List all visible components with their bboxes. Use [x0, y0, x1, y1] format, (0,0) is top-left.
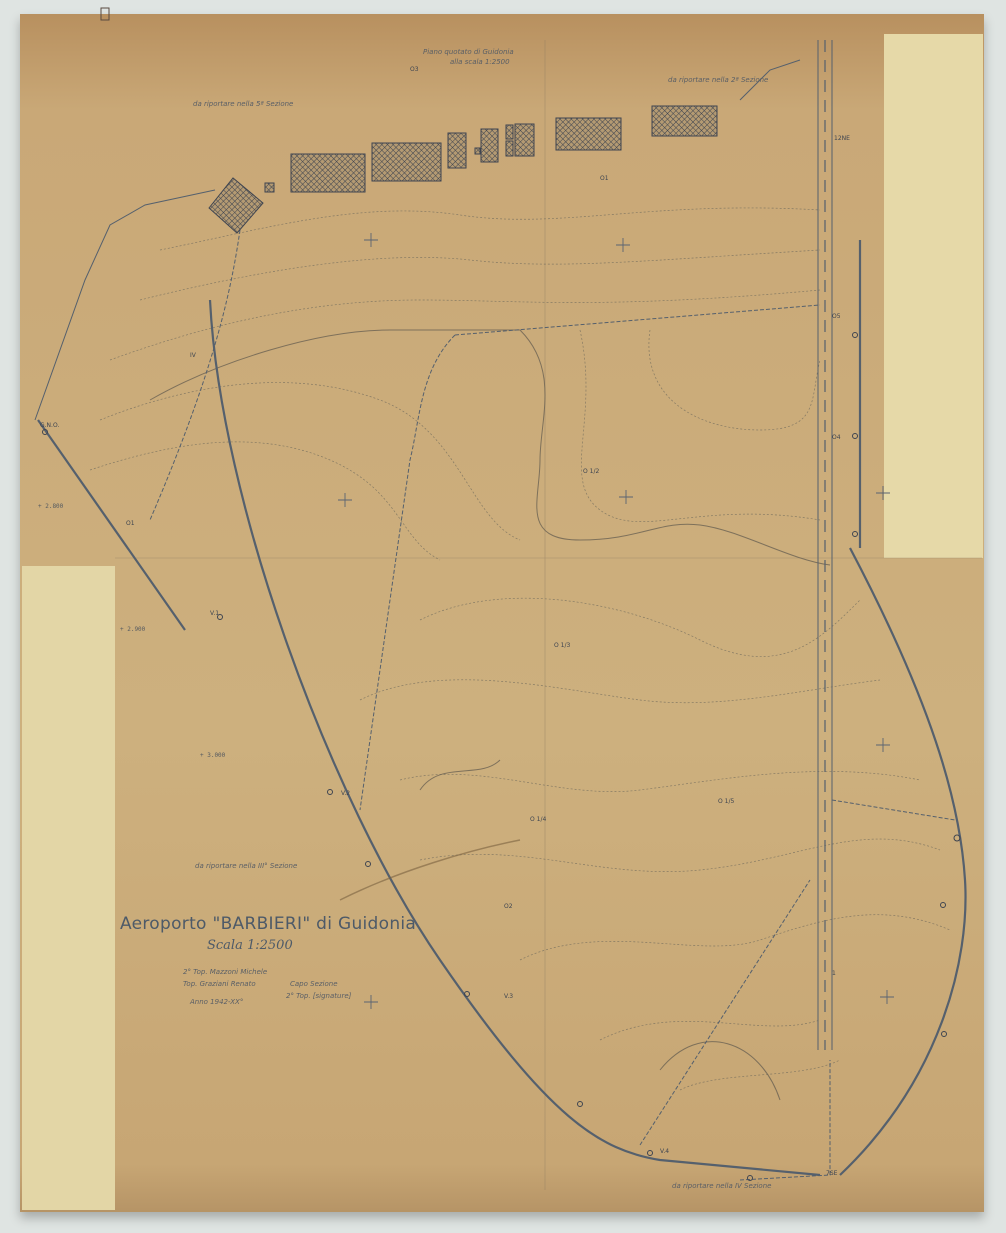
point-d1: 1: [832, 970, 836, 977]
map-title: Aeroporto "BARBIERI" di Guidonia: [120, 914, 416, 934]
point-iv: IV: [190, 352, 196, 359]
point-o1: O1: [126, 520, 135, 527]
grid-crosses: [338, 233, 894, 1009]
runway: [818, 40, 832, 1050]
point-o1-5: O 1/5: [718, 798, 734, 805]
hangar-buildings: [209, 106, 717, 233]
point-o1-4: O 1/4: [530, 816, 546, 823]
corner-mark: [101, 8, 109, 20]
point-v4: V.4: [660, 1148, 669, 1155]
credit-surveyor-1: 2° Top. Mazzoni Michele: [183, 968, 267, 976]
point-v3: V.3: [504, 993, 513, 1000]
grid-coord-left-3: + 3.000: [200, 752, 225, 759]
edge-note-top-left: da riportare nella 5ª Sezione: [193, 100, 293, 108]
point-o1-top: O1: [600, 175, 609, 182]
topographic-map: [0, 0, 1006, 1233]
header-note-line2: alla scala 1:2500: [450, 58, 510, 66]
point-gno: G.N.O.: [40, 422, 59, 429]
perimeter-road: [38, 240, 966, 1175]
section-chief-signature: 2° Top. [signature]: [286, 992, 351, 1000]
point-12ne: 12NE: [834, 135, 850, 142]
point-o2: O2: [504, 903, 513, 910]
point-o3: O3: [410, 66, 419, 73]
contour-lines: [90, 208, 950, 1090]
point-o4: O4: [832, 434, 841, 441]
edge-note-bottom: da riportare nella IV Sezione: [672, 1182, 771, 1190]
edge-note-top-right: da riportare nella 2ª Sezione: [668, 76, 768, 84]
point-v1: V.1: [210, 610, 219, 617]
point-o1-2: O 1/2: [583, 468, 599, 475]
paper-crease: [340, 840, 520, 900]
point-o5: O5: [832, 313, 841, 320]
edge-note-left-middle: da riportare nella III° Sezione: [195, 862, 297, 870]
credit-surveyor-2: Top. Graziani Renato: [183, 980, 256, 988]
dashed-tracks: [150, 230, 955, 1180]
grid-coord-left-2: + 2.900: [120, 626, 145, 633]
point-o1-3: O 1/3: [554, 642, 570, 649]
station-markers: [43, 333, 961, 1181]
header-note-line1: Piano quotato di Guidonia: [423, 48, 514, 56]
grid-coord-left: + 2.800: [38, 503, 63, 510]
section-chief-label: Capo Sezione: [290, 980, 338, 988]
point-v2: V.2: [341, 790, 350, 797]
credit-year: Anno 1942-XX°: [190, 998, 243, 1006]
map-scale: Scala 1:2500: [207, 938, 293, 953]
point-7se: 7SE: [826, 1170, 837, 1177]
